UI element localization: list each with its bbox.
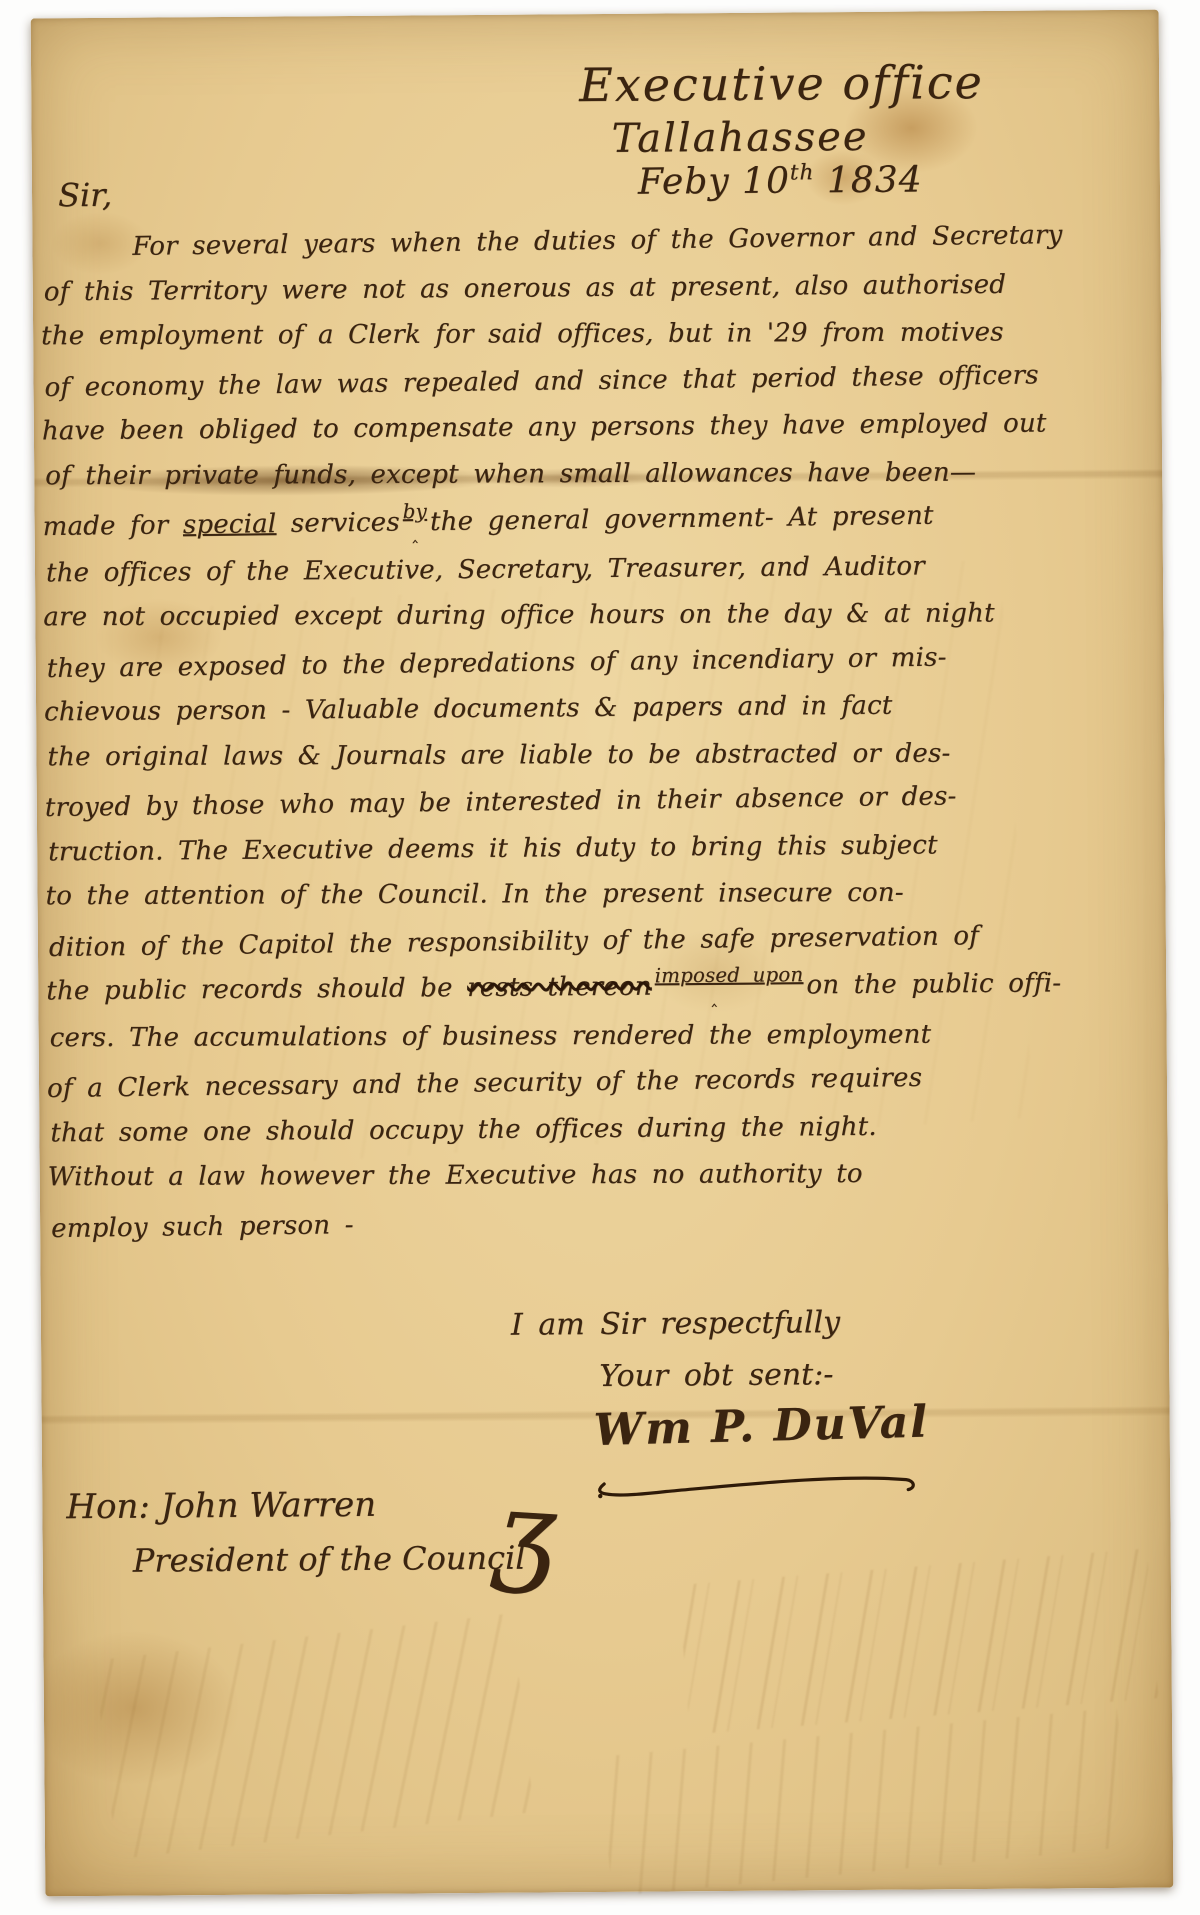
bleedthrough-writing bbox=[599, 1708, 1130, 1897]
text-segment: For several years when the duties of the… bbox=[132, 220, 1062, 262]
text-segment: have been obliged to compensate any pers… bbox=[42, 408, 1047, 446]
text-segment: cers. The accumulations of business rend… bbox=[50, 1019, 932, 1053]
text-segment: the public records should be bbox=[46, 973, 467, 1006]
text-segment: employ such person - bbox=[51, 1210, 354, 1244]
closing-line: I am Sir respectfully bbox=[511, 1297, 841, 1352]
inserted-text: by bbox=[402, 489, 427, 536]
address-block: Hon: John WarrenPresident of the Council bbox=[66, 1477, 526, 1589]
text-segment: Without a law however the Executive has … bbox=[48, 1159, 863, 1192]
text-segment: the offices of the Executive, Secretary,… bbox=[46, 551, 925, 588]
text-segment: of economy the law was repealed and sinc… bbox=[44, 360, 1039, 403]
text-segment: are not occupied except during office ho… bbox=[43, 598, 994, 632]
text-segment: truction. The Executive deems it his dut… bbox=[48, 830, 938, 867]
text-segment: special bbox=[183, 509, 277, 540]
heading-office: Executive office bbox=[579, 55, 984, 112]
text-segment: that some one should occupy the offices … bbox=[50, 1111, 877, 1147]
address-brace: ʒ bbox=[491, 1475, 560, 1589]
date-ordinal-suffix: th bbox=[790, 160, 815, 185]
text-segment: on the public offi- bbox=[806, 968, 1061, 1000]
text-segment: to the attention of the Council. In the … bbox=[45, 878, 903, 911]
letter-body: For several years when the duties of the… bbox=[40, 214, 1148, 1250]
signature-flourish bbox=[590, 1460, 920, 1505]
bleedthrough-writing bbox=[678, 1549, 1158, 1735]
inserted-text: imposed upon bbox=[654, 952, 803, 1000]
closing-block: I am Sir respectfullyYour obt sent:- bbox=[511, 1297, 841, 1404]
text-segment: dition of the Capitol the responsibility… bbox=[49, 921, 979, 963]
text-segment: chievous person - Valuable documents & p… bbox=[44, 691, 893, 728]
bleedthrough-writing bbox=[94, 1613, 534, 1859]
heading-date: Feby 10th 1834 bbox=[638, 159, 923, 202]
address-line: President of the Council bbox=[133, 1531, 526, 1588]
text-segment: services bbox=[276, 508, 400, 540]
closing-line: Your obt sent:- bbox=[599, 1349, 841, 1403]
letter-line: employ such person - bbox=[51, 1192, 1149, 1252]
text-segment: made for bbox=[42, 510, 183, 542]
letter-line: are not occupied except during office ho… bbox=[43, 590, 1143, 641]
letter-line: Without a law however the Executive has … bbox=[48, 1150, 1148, 1201]
text-segment: of this Territory were not as onerous as… bbox=[44, 269, 1007, 307]
letter-line: to the attention of the Council. In the … bbox=[45, 869, 1145, 920]
text-segment: the employment of a Clerk for said offic… bbox=[41, 317, 1004, 351]
signature: Wm P. DuVal bbox=[593, 1397, 929, 1456]
text-segment: the original laws & Journals are liable … bbox=[47, 738, 950, 772]
struck-text: rests thereon bbox=[467, 972, 652, 1003]
heading-place: Tallahassee bbox=[611, 114, 868, 162]
text-segment: troyed by those who may be interested in… bbox=[45, 781, 957, 823]
salutation: Sir, bbox=[58, 176, 112, 214]
letter-page: Executive office Tallahassee Feby 10th 1… bbox=[31, 10, 1174, 1897]
text-segment: the general government- At present bbox=[430, 501, 934, 537]
text-segment: of a Clerk necessary and the security of… bbox=[47, 1063, 922, 1104]
text-segment: they are exposed to the depredations of … bbox=[47, 642, 947, 683]
address-line: Hon: John Warren bbox=[66, 1477, 525, 1535]
letter-line: the employment of a Clerk for said offic… bbox=[41, 309, 1141, 360]
text-segment: of their private funds, except when smal… bbox=[45, 457, 976, 491]
